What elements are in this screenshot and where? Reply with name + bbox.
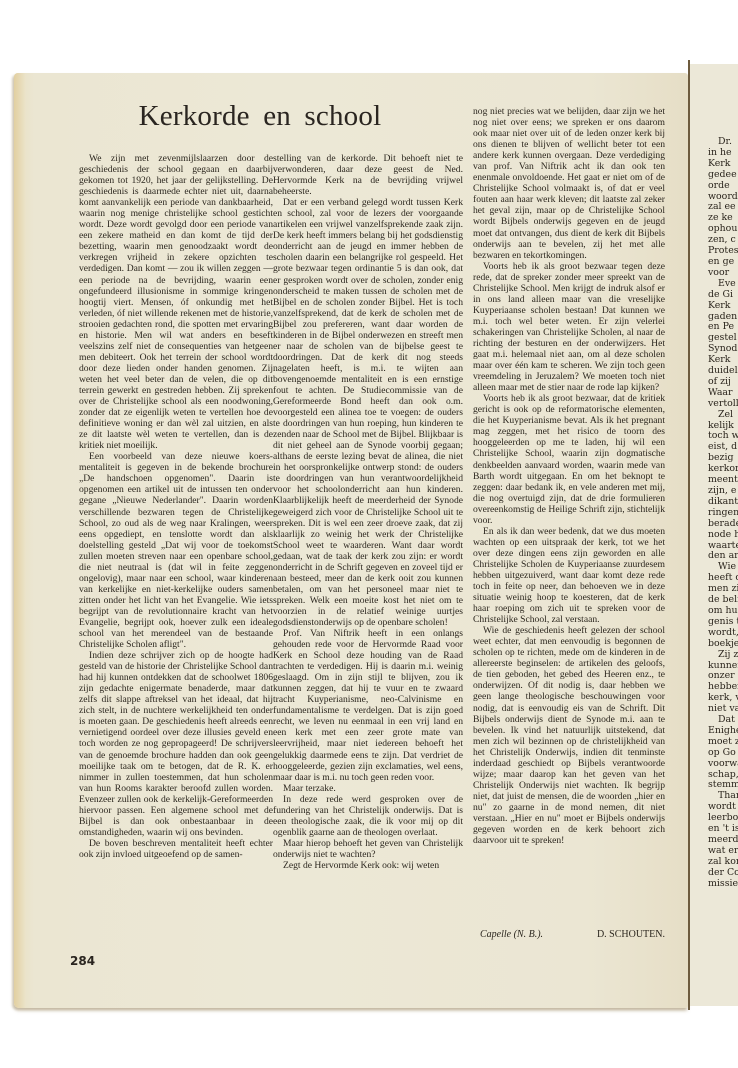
- fragment-line: boekje: [708, 639, 738, 650]
- paragraph: Voorts heb ik als groot bezwaar tegen de…: [473, 261, 665, 394]
- fragment-line: gedee: [708, 170, 738, 181]
- paragraph: Prof. Van Niftrik heeft in een onlangs g…: [273, 628, 463, 783]
- fragment-line: de Gi: [708, 290, 738, 301]
- paragraph: De boven beschreven mentaliteit heeft ec…: [79, 838, 273, 860]
- page-number: 284: [70, 954, 95, 968]
- paragraph: Indien deze schrijver zich op de hoogte …: [79, 650, 273, 838]
- text-column-2: stelling van de kerkorde. Dit behoeft ni…: [273, 153, 463, 871]
- fragment-line: Zel: [708, 410, 738, 421]
- signature-author: D. SCHOUTEN.: [597, 929, 665, 940]
- paragraph: Maar hierop behoeft het geven van Christ…: [273, 838, 463, 860]
- fragment-line: Kerk: [708, 301, 738, 312]
- fragment-line: Zij z: [708, 650, 738, 661]
- signature-place: Capelle (N. B.).: [480, 929, 543, 940]
- article-title: Kerkorde en school: [60, 100, 460, 133]
- fragment-line: der Co: [708, 868, 738, 879]
- text-column-3: nog niet precies wat we belijden, daar z…: [473, 106, 665, 846]
- paragraph: Een voorbeeld van deze nieuwe koers-ment…: [79, 451, 273, 650]
- paragraph: Voorts heb ik als groot bezwaar, dat de …: [473, 393, 665, 526]
- paragraph: In deze rede werd gesproken over de fund…: [273, 794, 463, 838]
- paragraph: stelling van de kerkorde. Dit behoeft ni…: [273, 153, 463, 197]
- fragment-line: voorwa: [708, 759, 738, 770]
- article-signature: Capelle (N. B.). D. SCHOUTEN.: [480, 929, 665, 940]
- fragment-line: orde: [708, 181, 738, 192]
- paragraph: Dat er een verband gelegd wordt tussen K…: [273, 197, 463, 628]
- paragraph: We zijn met zevenmijlslaarzen door de ge…: [79, 153, 273, 451]
- fragment-line: node h: [708, 530, 738, 541]
- paragraph: Wie de geschiedenis heeft gelezen der sc…: [473, 625, 665, 846]
- next-page-fragment: Dr.in heKerkgedeeordewoordzal eeze keoph…: [690, 64, 738, 1006]
- fragment-line: berade: [708, 519, 738, 530]
- paragraph: Zegt de Hervormde Kerk ook: wij weten: [273, 860, 463, 871]
- fragment-line: missie v: [708, 879, 738, 890]
- paragraph: Maar terzake.: [273, 783, 463, 794]
- paragraph: nog niet precies wat we belijden, daar z…: [473, 106, 665, 261]
- text-column-1: We zijn met zevenmijlslaarzen door de ge…: [79, 153, 273, 860]
- paragraph: En als ik dan weer bedenk, dat we dus mo…: [473, 526, 665, 625]
- next-page-text-column: Dr.in heKerkgedeeordewoordzal eeze keoph…: [708, 137, 738, 890]
